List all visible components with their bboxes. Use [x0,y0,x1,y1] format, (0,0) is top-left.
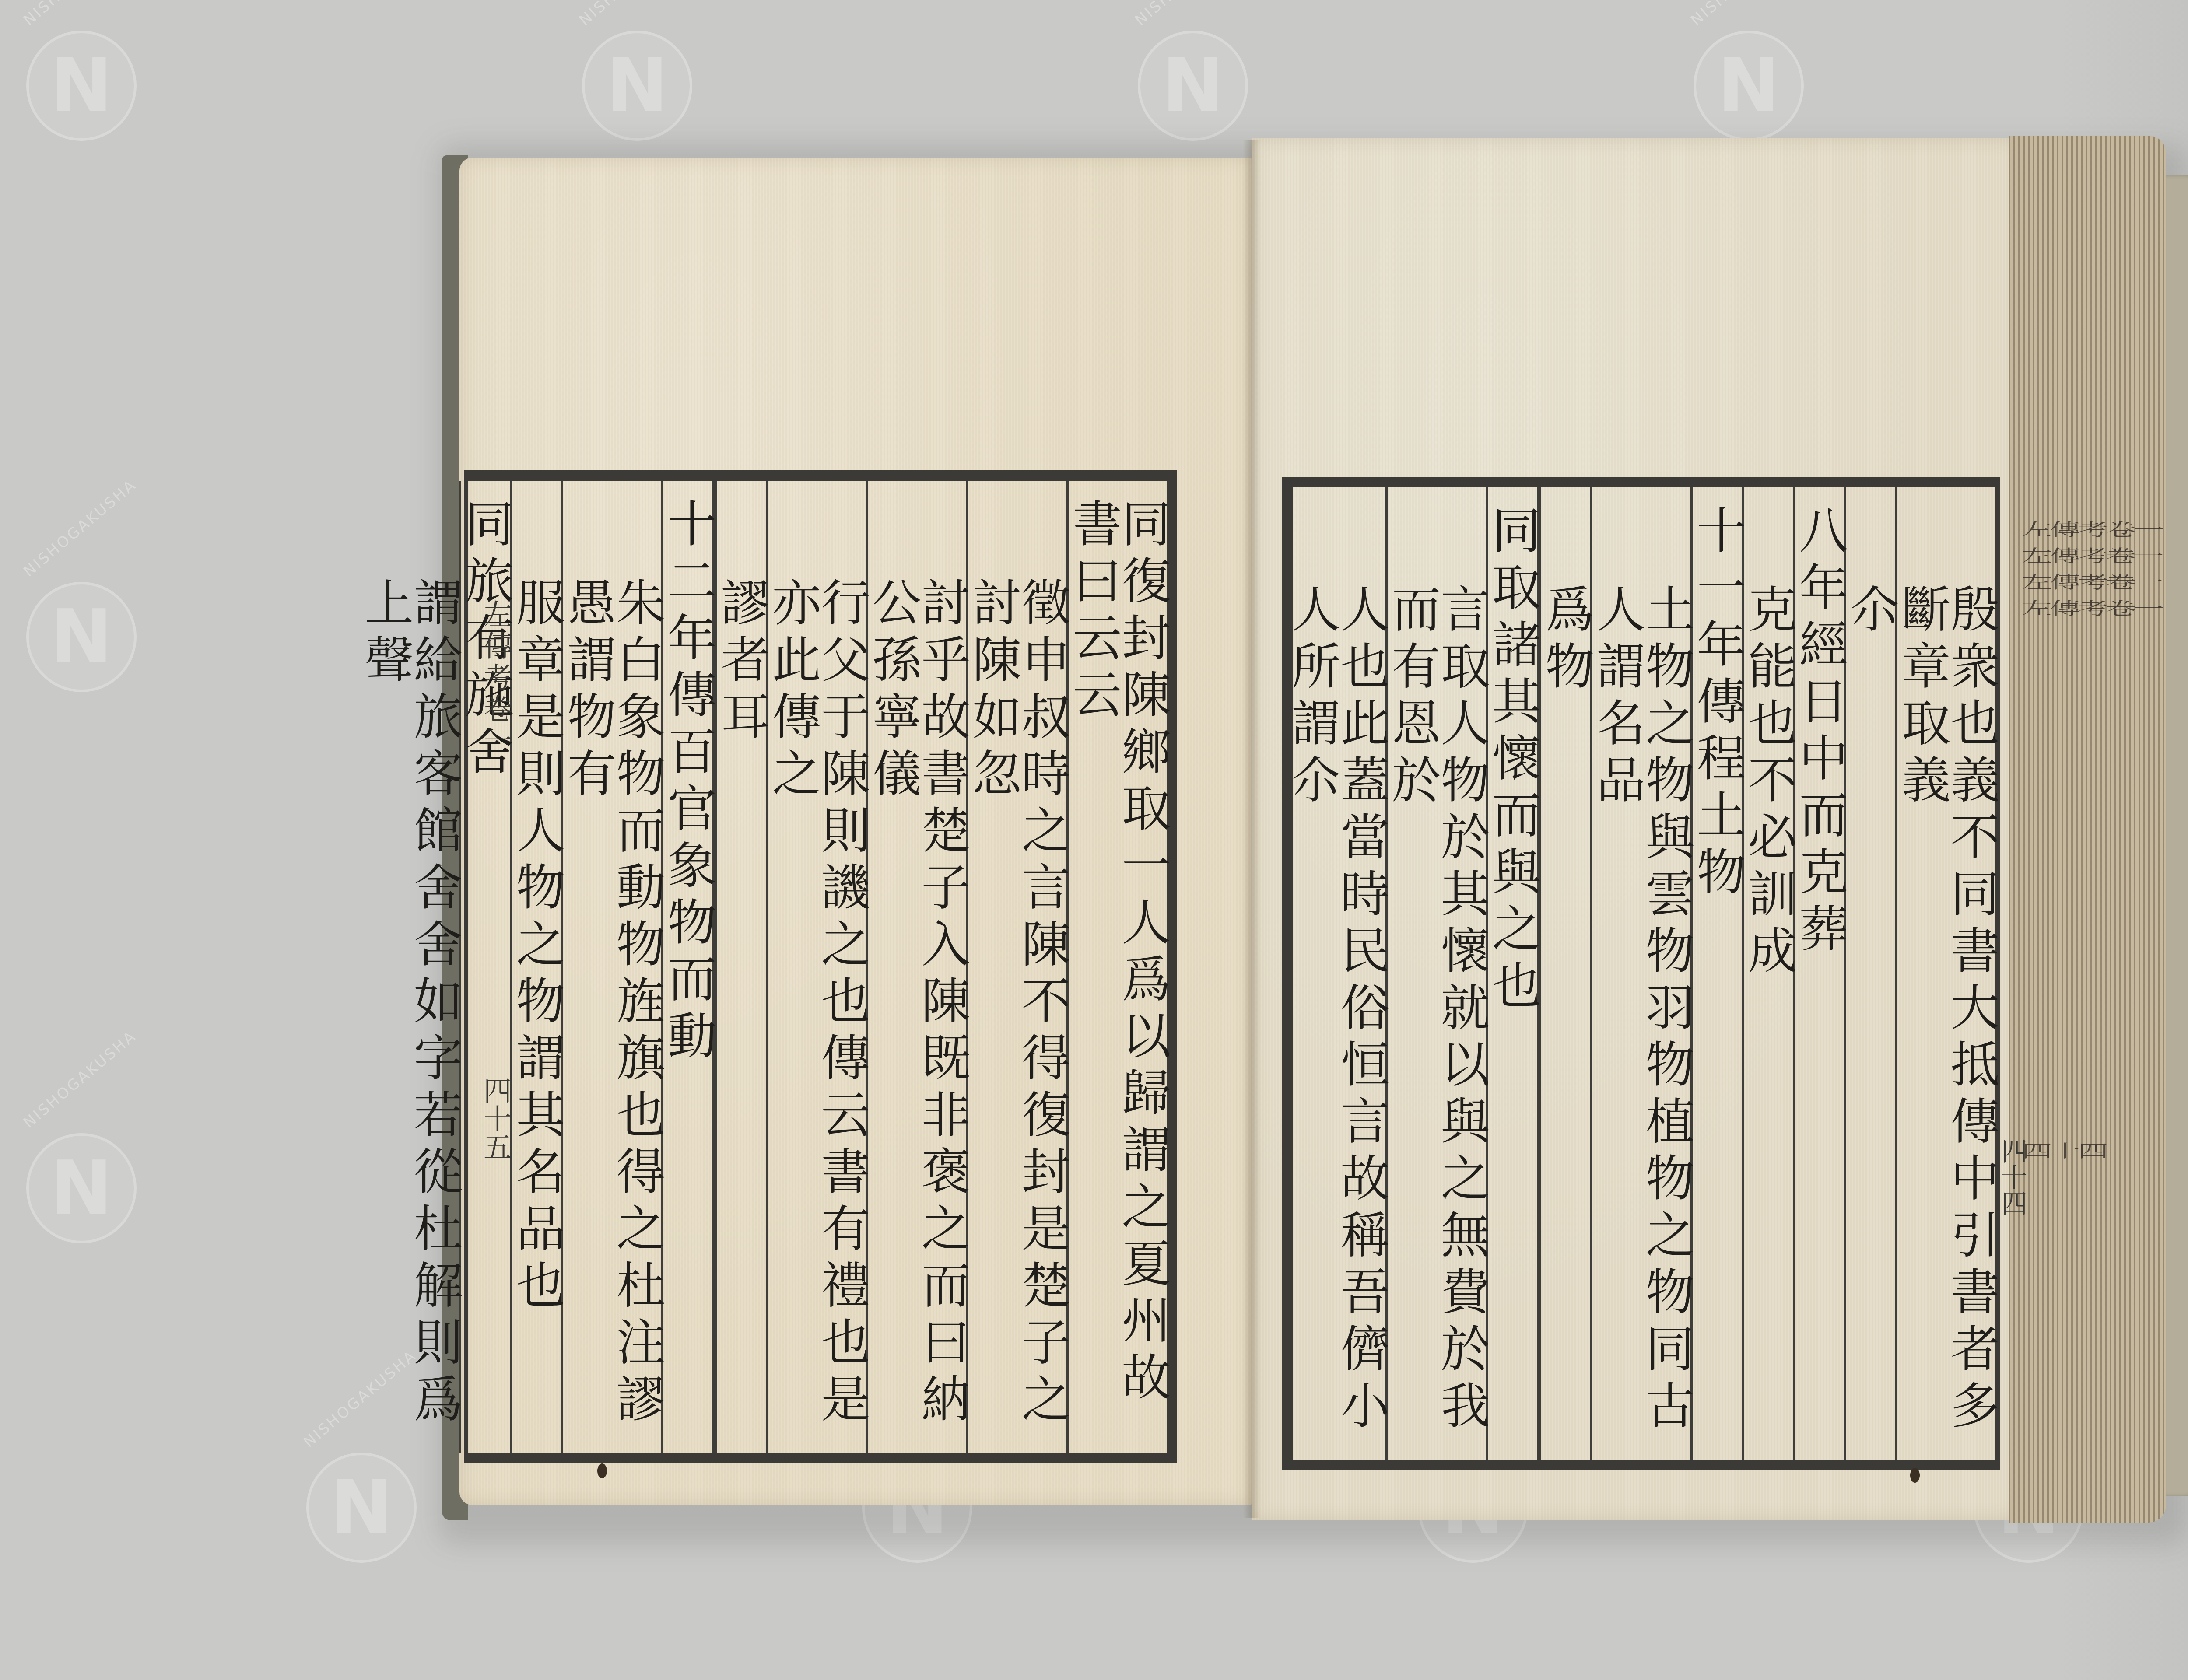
back-cover-edge [2166,175,2188,1496]
watermark-logo-icon: NNISHOGAKUSHA [1138,31,1248,141]
text-column: 服章是則人物之物謂其名品也 [510,481,561,1453]
right-page-number: 四十四 [1993,1137,2031,1216]
binding-hole [1910,1468,1920,1483]
text-column: 八年經日中而克葬 [1793,487,1844,1459]
text-column: 尒 [1844,487,1895,1459]
left-page-number: 四十五 [475,1076,515,1160]
fore-edge-title-bleed: 左傳考卷一 [2022,569,2162,593]
fore-edge-title-bleed: 左傳考卷一 [2022,542,2162,567]
text-column: 行父于陳則譏之也傳云書有禮也是亦此傳之 [766,481,866,1453]
text-column: 人也此蓋當時民俗恒言故稱吾儕小人所謂尒 [1287,487,1385,1459]
text-column: 殷衆也義不同書大抵傳中引書者多斷章取義 [1895,487,1995,1459]
fore-edge-pagenum-bleed: 四十四 [2022,1137,2162,1162]
text-column: 十一年傳程土物 [1690,487,1742,1459]
text-column: 謂給旅客館舍舍如字若從杜解則爲上聲 [361,481,459,1453]
fore-edge-page-stack [2009,136,2166,1522]
text-column: 爲物 [1539,487,1590,1459]
text-column: 討乎故書楚子入陳既非褒之而曰納公孫寧儀 [866,481,966,1453]
text-column: 徵申叔時之言陳不得復封是楚子之討陳如忽 [966,481,1066,1453]
watermark-logo-icon: NNISHOGAKUSHA [26,31,137,141]
text-column: 謬者耳 [715,481,766,1453]
watermark-logo-icon: NNISHOGAKUSHA [26,1133,137,1243]
watermark-logo-icon: NNISHOGAKUSHA [26,582,137,692]
watermark-logo-icon: NNISHOGAKUSHA [582,31,692,141]
margin-book-title: 左傳考卷一 [475,599,516,757]
text-column: 同復封陳鄉取一人爲以歸謂之夏州故書曰云云 [1066,481,1167,1453]
text-column: 言取人物於其懷就以與之無費於我而有恩於 [1385,487,1486,1459]
fore-edge-title-bleed: 左傳考卷一 [2022,516,2162,541]
watermark-logo-icon: NNISHOGAKUSHA [306,1452,417,1563]
text-column: 土物之物與雲物羽物植物之物同古人謂名品 [1590,487,1690,1459]
book-gutter [1243,140,1260,1518]
fore-edge-title-bleed: 左傳考卷一 [2022,595,2162,619]
photo-scene: NNISHOGAKUSHA NNISHOGAKUSHA NNISHOGAKUSH… [0,0,2188,1680]
left-page-text-frame: 同復封陳鄉取一人爲以歸謂之夏州故書曰云云 徵申叔時之言陳不得復封是楚子之討陳如忽… [464,470,1177,1463]
right-page-text-frame: 殷衆也義不同書大抵傳中引書者多斷章取義 尒 八年經日中而克葬 克能也不必訓成 十… [1282,477,2000,1470]
text-column: 十二年傳百官象物而動 [661,481,712,1453]
text-column: 朱白象物而動物旌旗也得之杜注謬愚謂物有 [561,481,661,1453]
binding-hole [597,1463,607,1478]
text-column: 同取諸其懷而與之也 [1486,487,1537,1459]
watermark-logo-icon: NNISHOGAKUSHA [1694,31,1804,141]
text-column: 克能也不必訓成 [1742,487,1793,1459]
